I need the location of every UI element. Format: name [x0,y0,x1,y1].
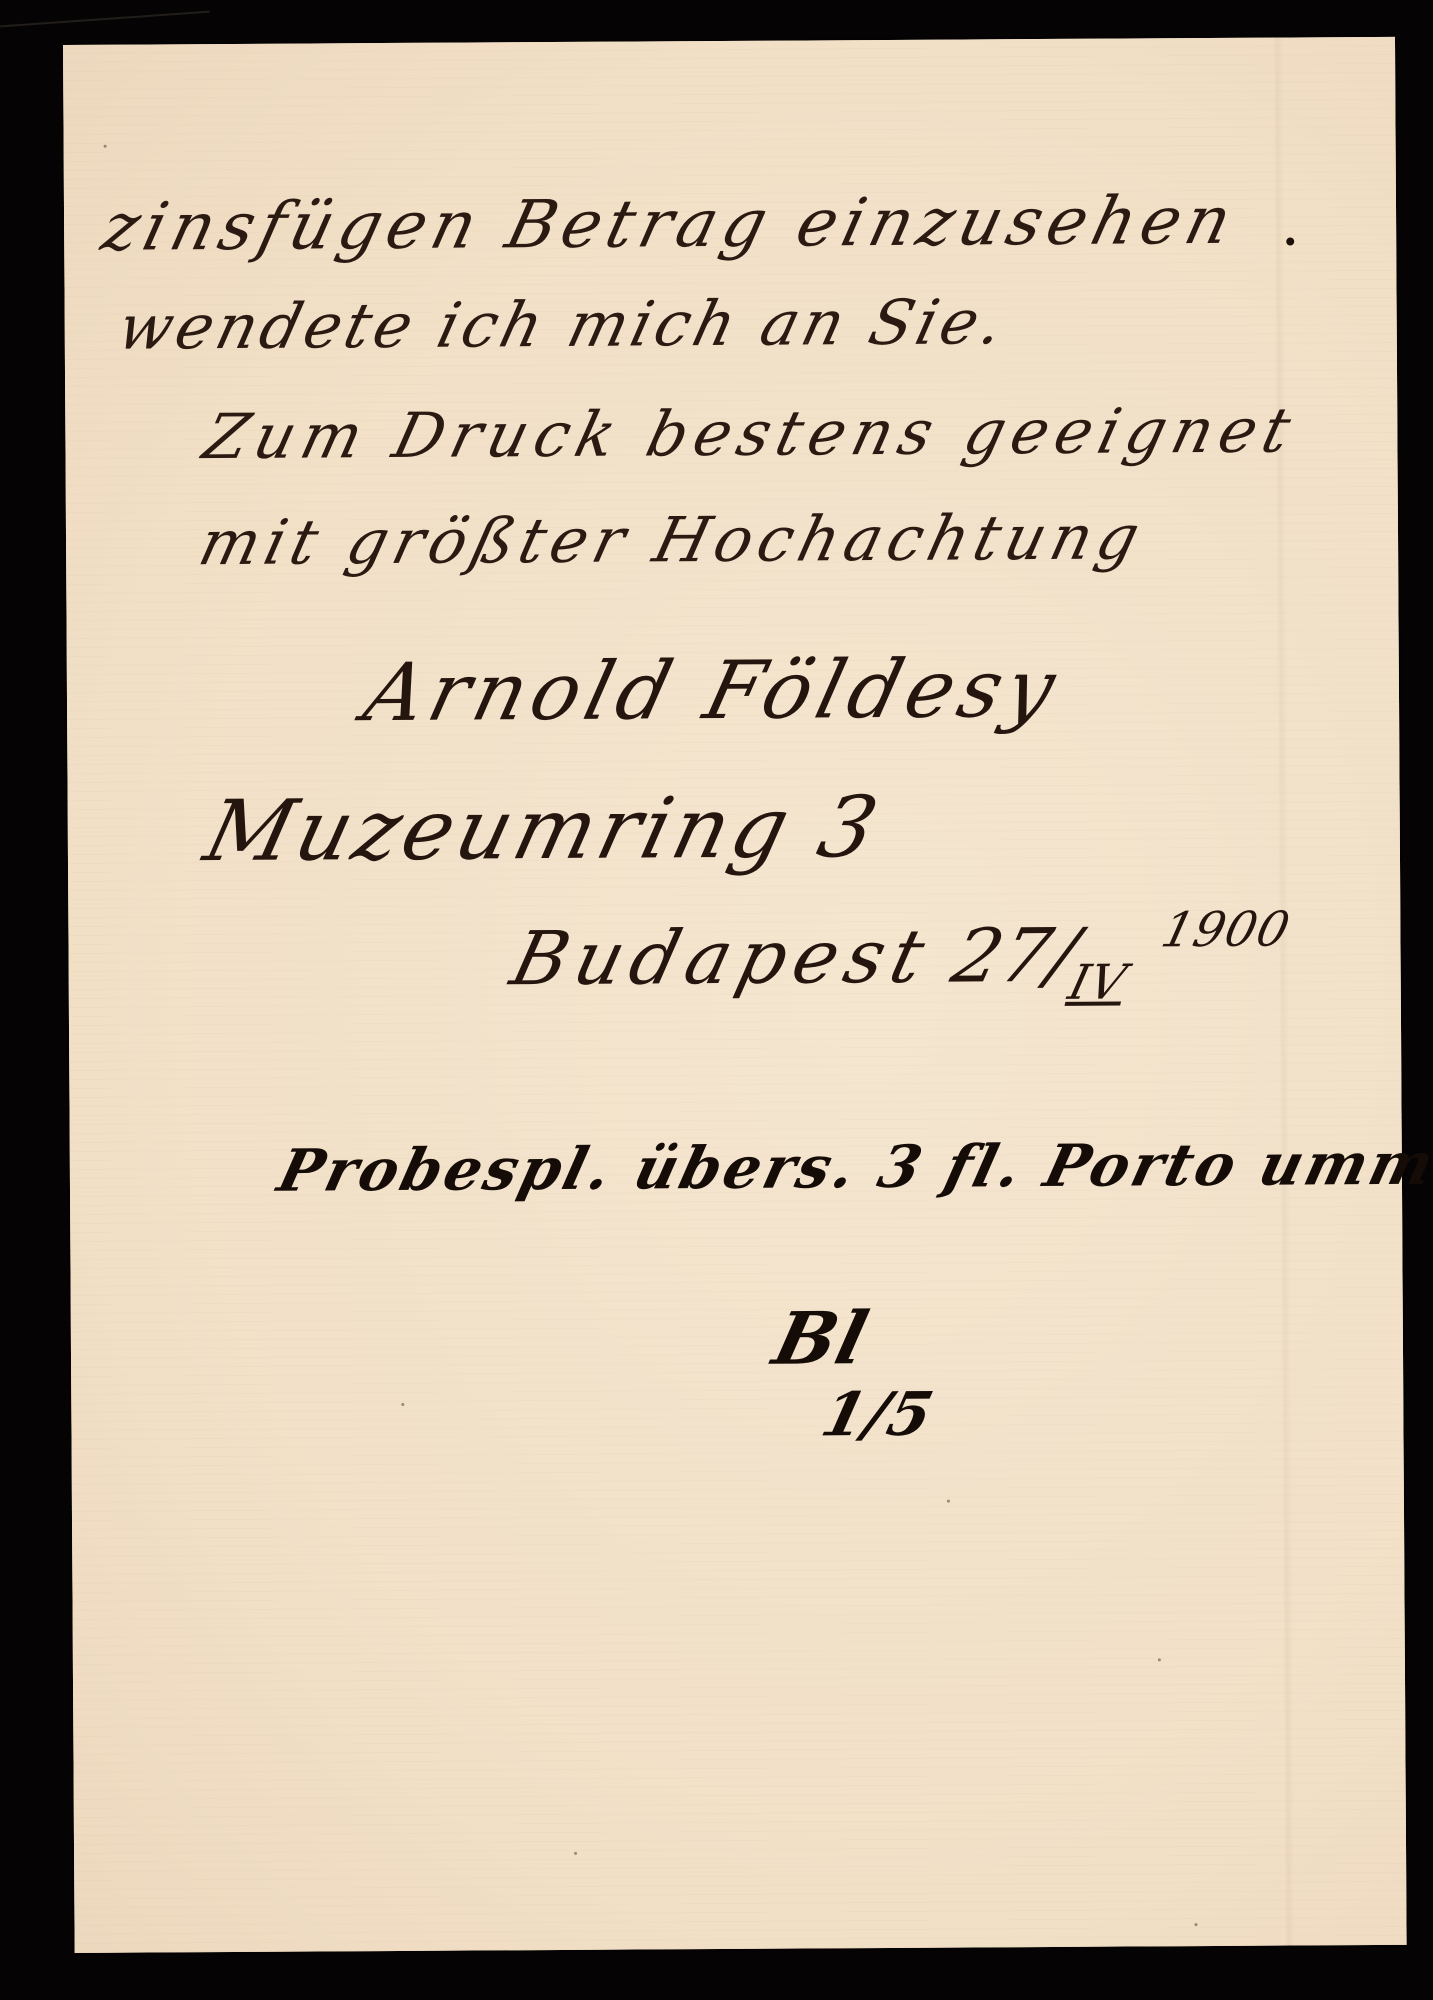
letter-line-4: mit größter Hochachtung [194,506,1151,574]
date-year: 1900 [1156,901,1296,958]
place-date: Budapest 27/IV 1900 [505,918,1292,997]
date-month: IV [1063,954,1132,1010]
paper-speck [805,340,808,343]
annotation-note: Probespl. übers. 3 fl. Porto umm. [273,1134,1433,1199]
paper-speck [1158,1658,1161,1661]
ink-blot [1286,237,1294,245]
signature: Arnold Földesy [357,649,1068,733]
scan-glare [0,11,210,28]
address: Muzeumring 3 [198,785,889,873]
place: Budapest [503,914,940,1003]
annotation-folio: 1/5 [816,1385,939,1446]
paper-speck [104,145,107,148]
letter-line-1: zinsfügen Betrag einzusehen [96,188,1243,261]
annotation-initials: Bl [767,1302,875,1375]
letter-page: zinsfügen Betrag einzusehen wendete ich … [63,37,1407,1953]
paper-speck [947,1500,950,1503]
letter-line-2: wendete ich mich an Sie. [112,291,1013,359]
paper-speck [1194,1923,1197,1926]
letter-line-3: Zum Druck bestens geeignet [198,399,1303,468]
paper-speck [401,1403,404,1406]
paper-speck [574,1852,577,1855]
